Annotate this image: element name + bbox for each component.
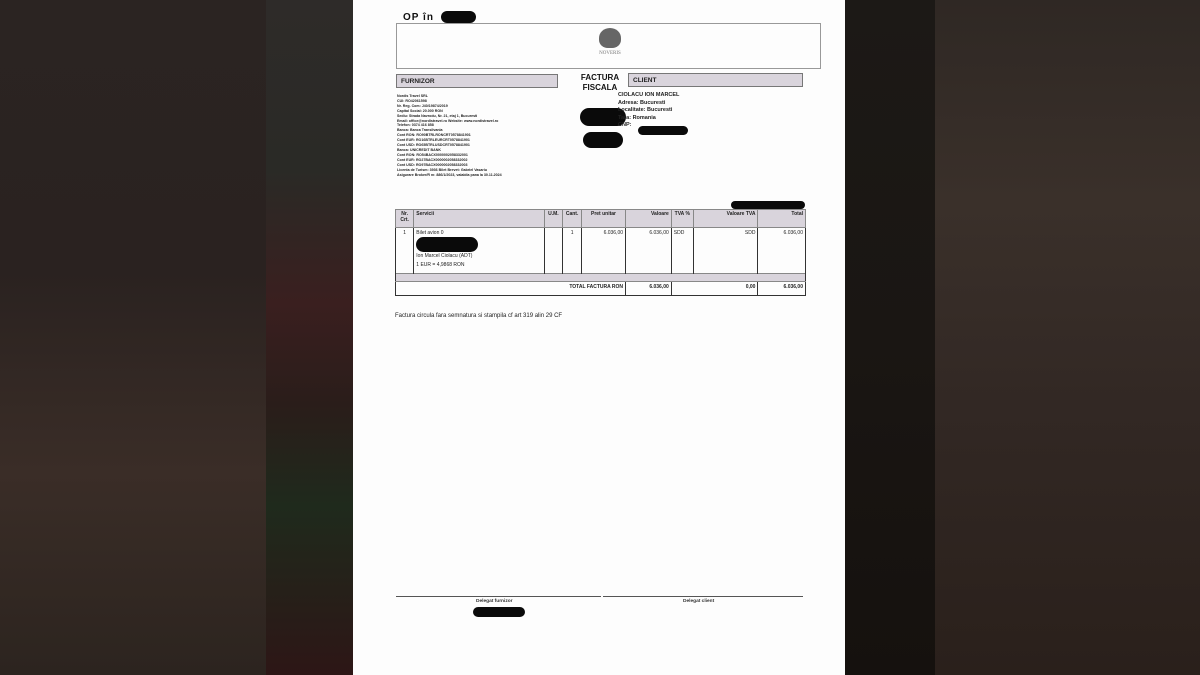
supplier-delegate-label: Delegat furnizor: [476, 599, 513, 604]
title-line-1: FACTURA: [575, 73, 625, 83]
photo-background-right: [845, 0, 935, 675]
service-line-3: 1 EUR = 4,9868 RON: [416, 262, 541, 268]
client-address: Adresa: Bucuresti: [618, 100, 788, 108]
row-service: Bilet avion 0 Ion Marcel Ciolacu (ADT) 1…: [414, 228, 544, 274]
col-services: Servicii: [414, 210, 544, 228]
invoice-document: OP în NOVERIS FURNIZOR FACTURA FISCALA C…: [353, 0, 845, 675]
row-unit-price: 6.036,00: [582, 228, 626, 274]
table-row: 1 Bilet avion 0 Ion Marcel Ciolacu (ADT)…: [396, 228, 806, 274]
service-line-1: Bilet avion 0: [416, 230, 541, 236]
total-vat: 0,00: [671, 282, 758, 296]
redaction-mark: [583, 132, 623, 148]
table-total-row: TOTAL FACTURA RON 6.036,00 0,00 6.036,00: [396, 282, 806, 296]
total-label: TOTAL FACTURA RON: [396, 282, 626, 296]
col-um: U.M.: [544, 210, 563, 228]
col-vat-value: Valoare TVA: [693, 210, 758, 228]
handwritten-note: OP în: [403, 12, 434, 23]
row-qty: 1: [563, 228, 582, 274]
signature-line-supplier: [396, 596, 601, 597]
col-unit-price: Pret unitar: [582, 210, 626, 228]
company-logo-icon: [599, 28, 621, 48]
total-sum: 6.036,00: [758, 282, 806, 296]
invoice-title: FACTURA FISCALA: [575, 73, 625, 93]
row-vat-value: SDD: [693, 228, 758, 274]
total-value: 6.036,00: [626, 282, 672, 296]
col-nr: Nr. Crt.: [396, 210, 414, 228]
row-vat-pct: SDD: [671, 228, 693, 274]
supplier-details: Nordis Travel SRLCUI: RO42061598Nr. Reg.…: [397, 94, 567, 177]
redaction-mark: [473, 607, 525, 617]
client-name: CIOLACU ION MARCEL: [618, 92, 788, 100]
logo-text: NOVERIS: [587, 51, 633, 56]
photo-background-left: [266, 0, 353, 675]
redaction-mark: [731, 201, 805, 209]
client-country: Tara: Romania: [618, 115, 788, 123]
row-um: [544, 228, 563, 274]
service-line-2: Ion Marcel Ciolacu (ADT): [416, 253, 541, 259]
col-qty: Cant.: [563, 210, 582, 228]
invoice-table: Nr. Crt. Servicii U.M. Cant. Pret unitar…: [395, 209, 806, 296]
footer-note: Factura circula fara semnatura si stampi…: [395, 313, 562, 319]
blurred-background-left: [0, 0, 266, 675]
signature-line-client: [603, 596, 803, 597]
client-delegate-label: Delegat client: [683, 599, 714, 604]
blurred-background-right: [935, 0, 1200, 675]
table-separator: [396, 274, 806, 282]
redaction-mark: [638, 126, 688, 135]
redaction-mark: [441, 11, 476, 23]
col-total: Total: [758, 210, 806, 228]
logo-banner: NOVERIS: [396, 23, 821, 69]
supplier-header: FURNIZOR: [396, 74, 558, 88]
table-header-row: Nr. Crt. Servicii U.M. Cant. Pret unitar…: [396, 210, 806, 228]
row-total: 6.036,00: [758, 228, 806, 274]
redaction-mark: [416, 237, 478, 252]
client-locality: Localitate: Bucuresti: [618, 107, 788, 115]
row-nr: 1: [396, 228, 414, 274]
col-vat-pct: TVA %: [671, 210, 693, 228]
supplier-line: Asigurare Broker/R nr. 886/1/2023, valab…: [397, 173, 567, 178]
col-value: Valoare: [626, 210, 672, 228]
client-header: CLIENT: [628, 73, 803, 87]
row-value: 6.036,00: [626, 228, 672, 274]
client-details: CIOLACU ION MARCEL Adresa: Bucuresti Loc…: [618, 92, 788, 130]
